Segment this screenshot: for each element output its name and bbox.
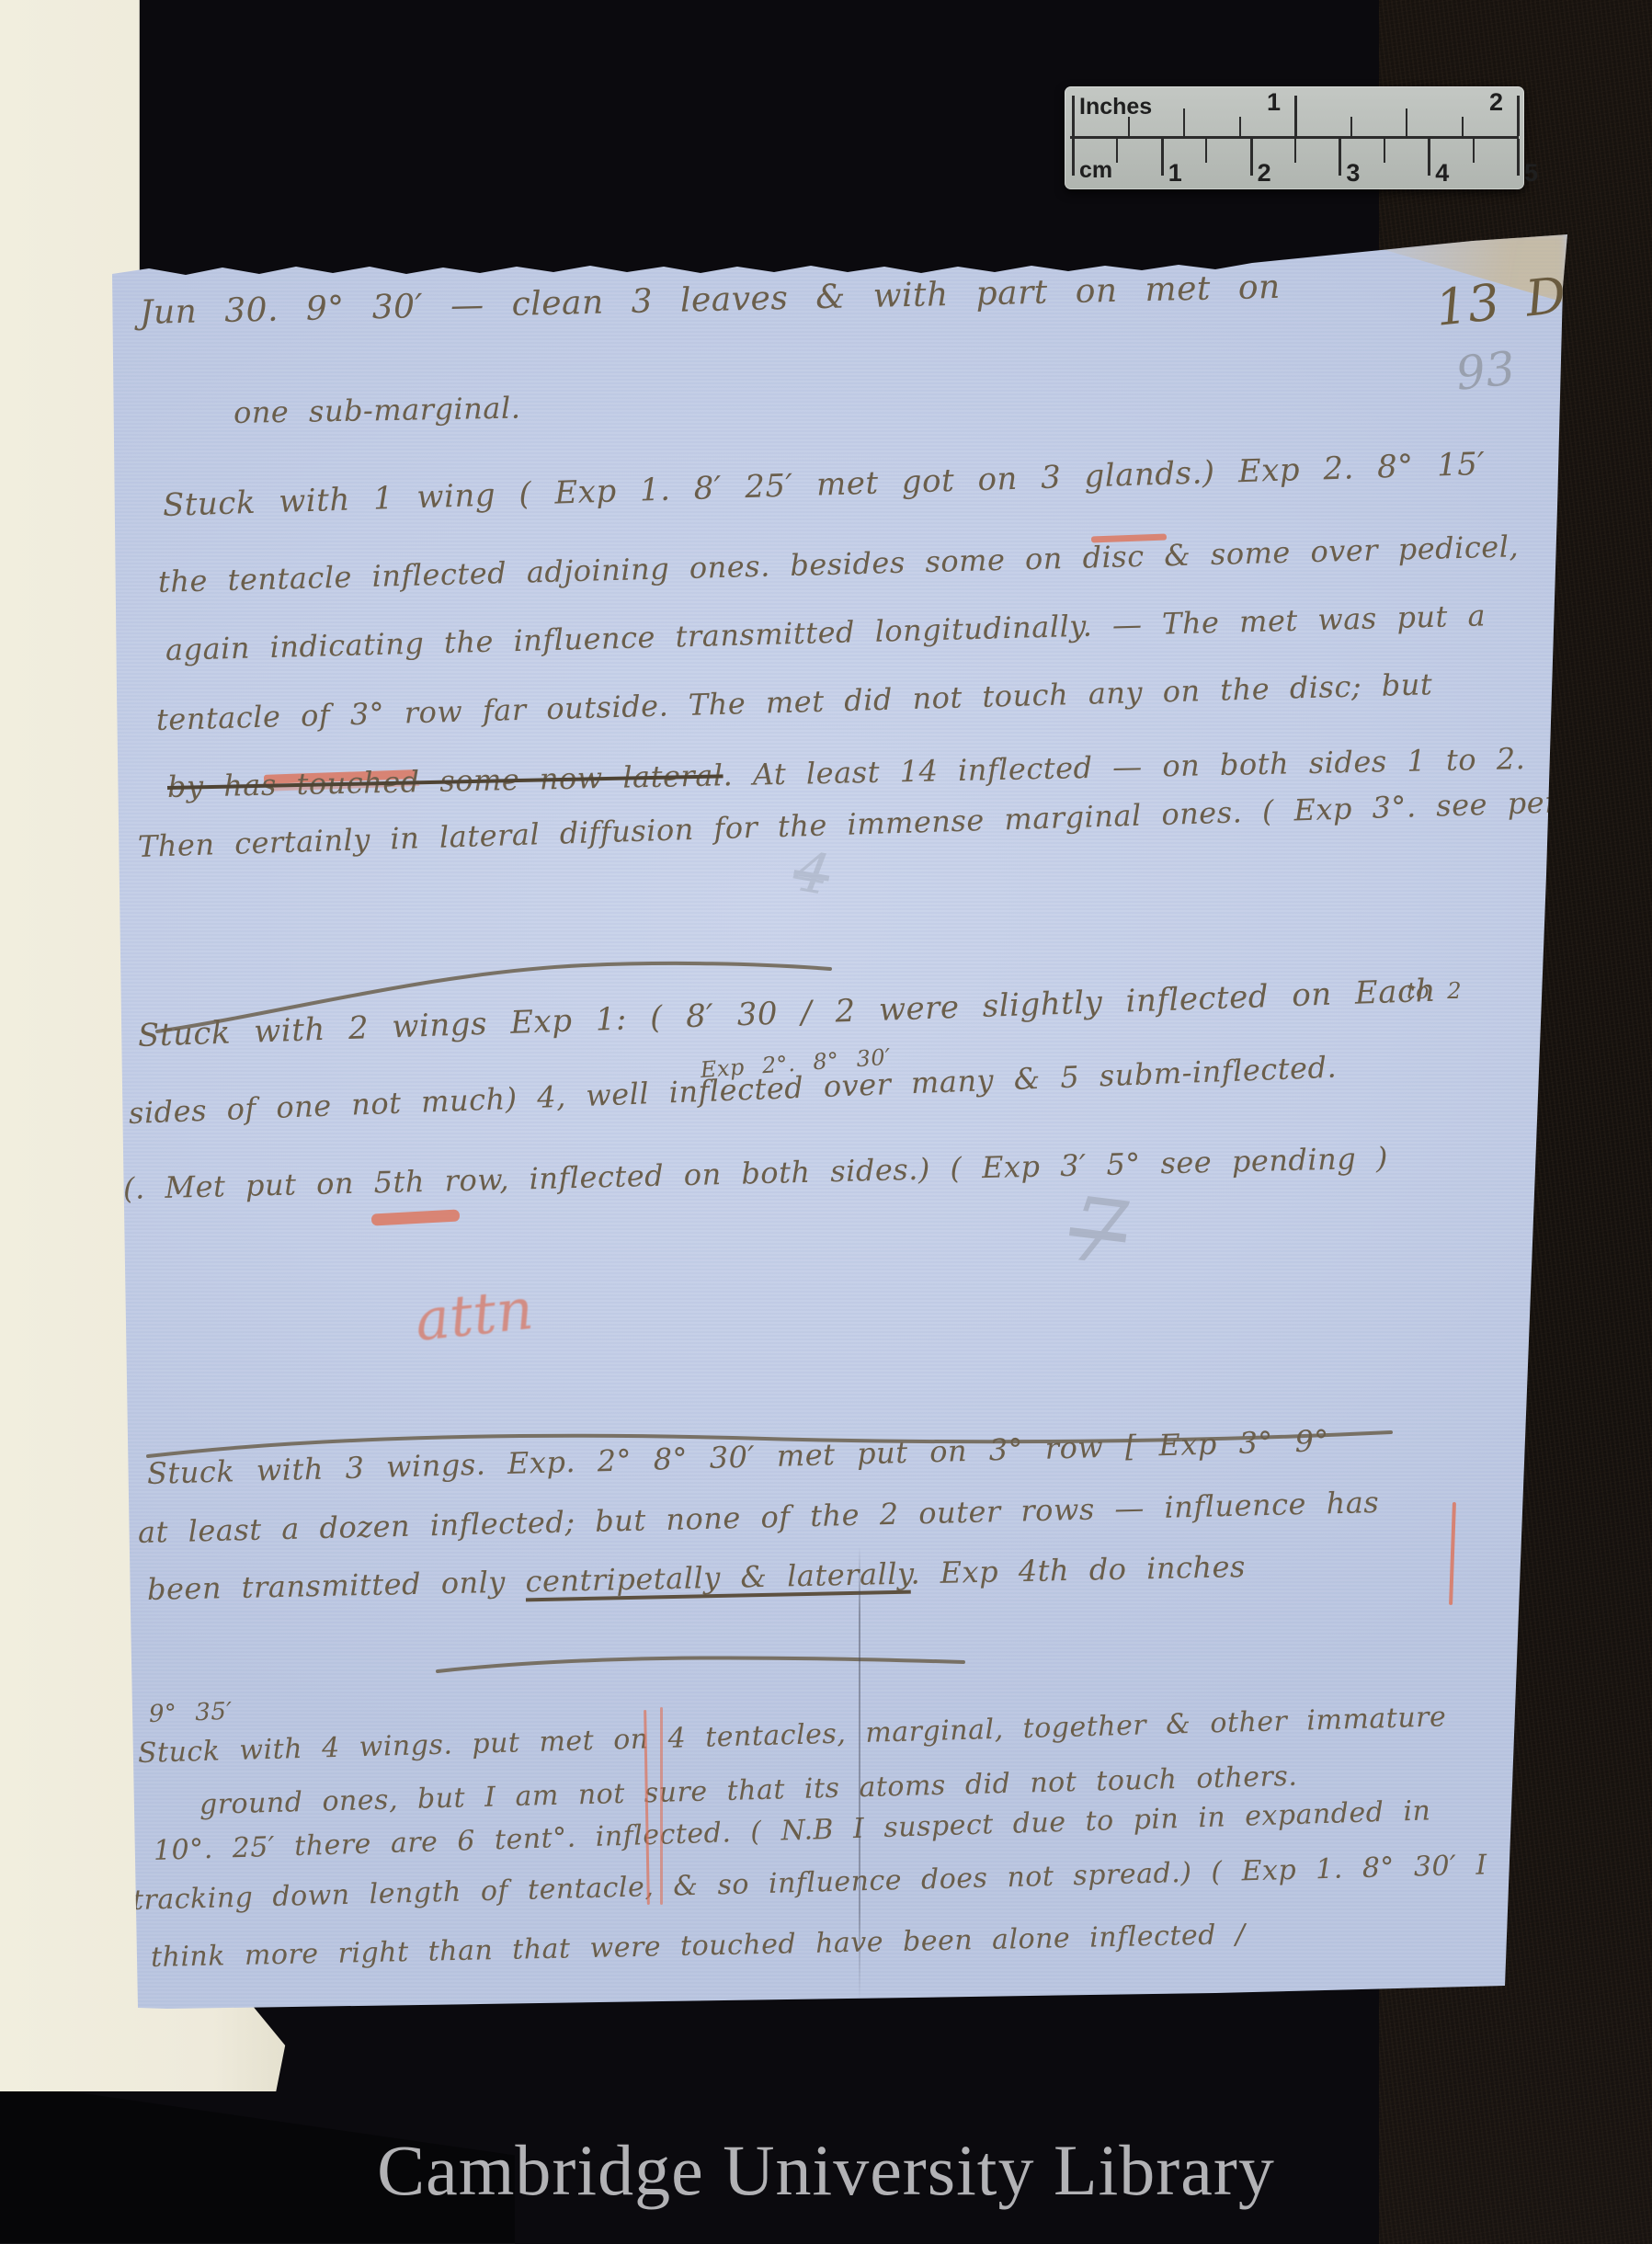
paper-crease-line xyxy=(859,1546,860,2001)
manuscript-line-continuation: . At least 14 inflected — on both sides … xyxy=(723,741,1525,792)
manuscript-line: Jun 30. 9° 30′ — clean 3 leaves & with p… xyxy=(140,268,1282,332)
manuscript-line: Stuck with 4 wings. put met on 4 tentacl… xyxy=(138,1701,1447,1770)
manuscript-line: been transmitted only centripetally & la… xyxy=(147,1549,1247,1607)
ruler-cm-number: 2 xyxy=(1258,159,1271,188)
ruler: Inches cm 1212345 xyxy=(1065,86,1524,189)
library-watermark: Cambridge University Library xyxy=(0,2129,1652,2212)
underlined-text: centripetally & laterally xyxy=(525,1556,911,1600)
ruler-inch-tick xyxy=(1350,117,1352,136)
pencil-tally-mark: 4 xyxy=(789,839,835,909)
manuscript-page: 13 D 93 Jun 30. 9° 30′ — clean 3 leaves … xyxy=(112,232,1567,2009)
ruler-cm-number: 5 xyxy=(1524,159,1538,188)
ruler-cm-label: cm xyxy=(1079,157,1112,184)
ruler-cm-tick xyxy=(1294,139,1296,163)
ruler-inch-tick xyxy=(1462,117,1464,136)
ruler-cm-tick xyxy=(1205,139,1207,163)
ruler-cm-tick xyxy=(1250,139,1253,176)
interlined-text: 9° 35′ xyxy=(148,1698,233,1728)
manuscript-line: Stuck with 1 wing ( Exp 1. 8′ 25′ met go… xyxy=(162,446,1486,524)
manuscript-line-part: been transmitted only xyxy=(147,1564,526,1607)
red-double-line-mark xyxy=(660,1707,663,1905)
pencil-tally-mark: 7 xyxy=(1064,1177,1133,1286)
ruler-cm-number: 4 xyxy=(1435,159,1449,188)
ruler-inch-tick xyxy=(1128,117,1130,136)
ruler-cm-number: 3 xyxy=(1346,159,1360,188)
ruler-cm-tick xyxy=(1473,139,1475,163)
scanned-manuscript-photo: Inches cm 1212345 13 D 93 Jun 30. 9° 30′… xyxy=(0,0,1652,2244)
ruler-cm-tick xyxy=(1384,139,1385,163)
ruler-cm-tick xyxy=(1339,139,1341,176)
ruler-inch-tick xyxy=(1517,96,1520,136)
ruler-cm-tick xyxy=(1517,139,1520,176)
ruler-inch-tick xyxy=(1183,108,1185,136)
section-divider-line xyxy=(434,1647,967,1680)
folio-number: 13 D xyxy=(1433,266,1569,337)
ruler-cm-tick xyxy=(1428,139,1430,176)
red-margin-tick xyxy=(1449,1502,1456,1605)
ruler-cm-tick xyxy=(1116,139,1118,163)
manuscript-line: at least a dozen inflected; but none of … xyxy=(138,1485,1380,1550)
ruler-inch-number: 1 xyxy=(1267,88,1281,117)
ruler-inch-tick xyxy=(1294,96,1297,136)
manuscript-line: (. Met put on 5th row, inflected on both… xyxy=(123,1140,1389,1206)
ruler-inch-tick xyxy=(1239,117,1241,136)
deleted-text: by has touched some now lateral xyxy=(167,757,723,804)
manuscript-line: tentacle of 3° row far outside. The met … xyxy=(155,666,1432,737)
ruler-cm-tick xyxy=(1072,139,1075,176)
manuscript-line: one sub-marginal. xyxy=(234,391,521,430)
manuscript-line: the tentacle inflected adjoining ones. b… xyxy=(158,529,1520,599)
red-crayon-smudge xyxy=(371,1209,461,1225)
pencil-folio-number: 93 xyxy=(1453,341,1518,400)
interlined-text: to 2 xyxy=(1407,978,1462,1004)
red-crayon-scribble: attn xyxy=(412,1275,537,1354)
ruler-inch-tick xyxy=(1406,108,1407,136)
ruler-inch-tick xyxy=(1072,96,1075,136)
manuscript-line: think more right than that were touched … xyxy=(151,1919,1246,1974)
ruler-cm-tick xyxy=(1161,139,1164,176)
ruler-inch-number: 2 xyxy=(1489,88,1503,117)
ruler-inches-label: Inches xyxy=(1079,94,1152,120)
ruler-cm-number: 1 xyxy=(1168,159,1182,188)
manuscript-line: again indicating the influence transmitt… xyxy=(165,598,1487,667)
manuscript-line-part: . Exp 4th do inches xyxy=(910,1549,1246,1591)
